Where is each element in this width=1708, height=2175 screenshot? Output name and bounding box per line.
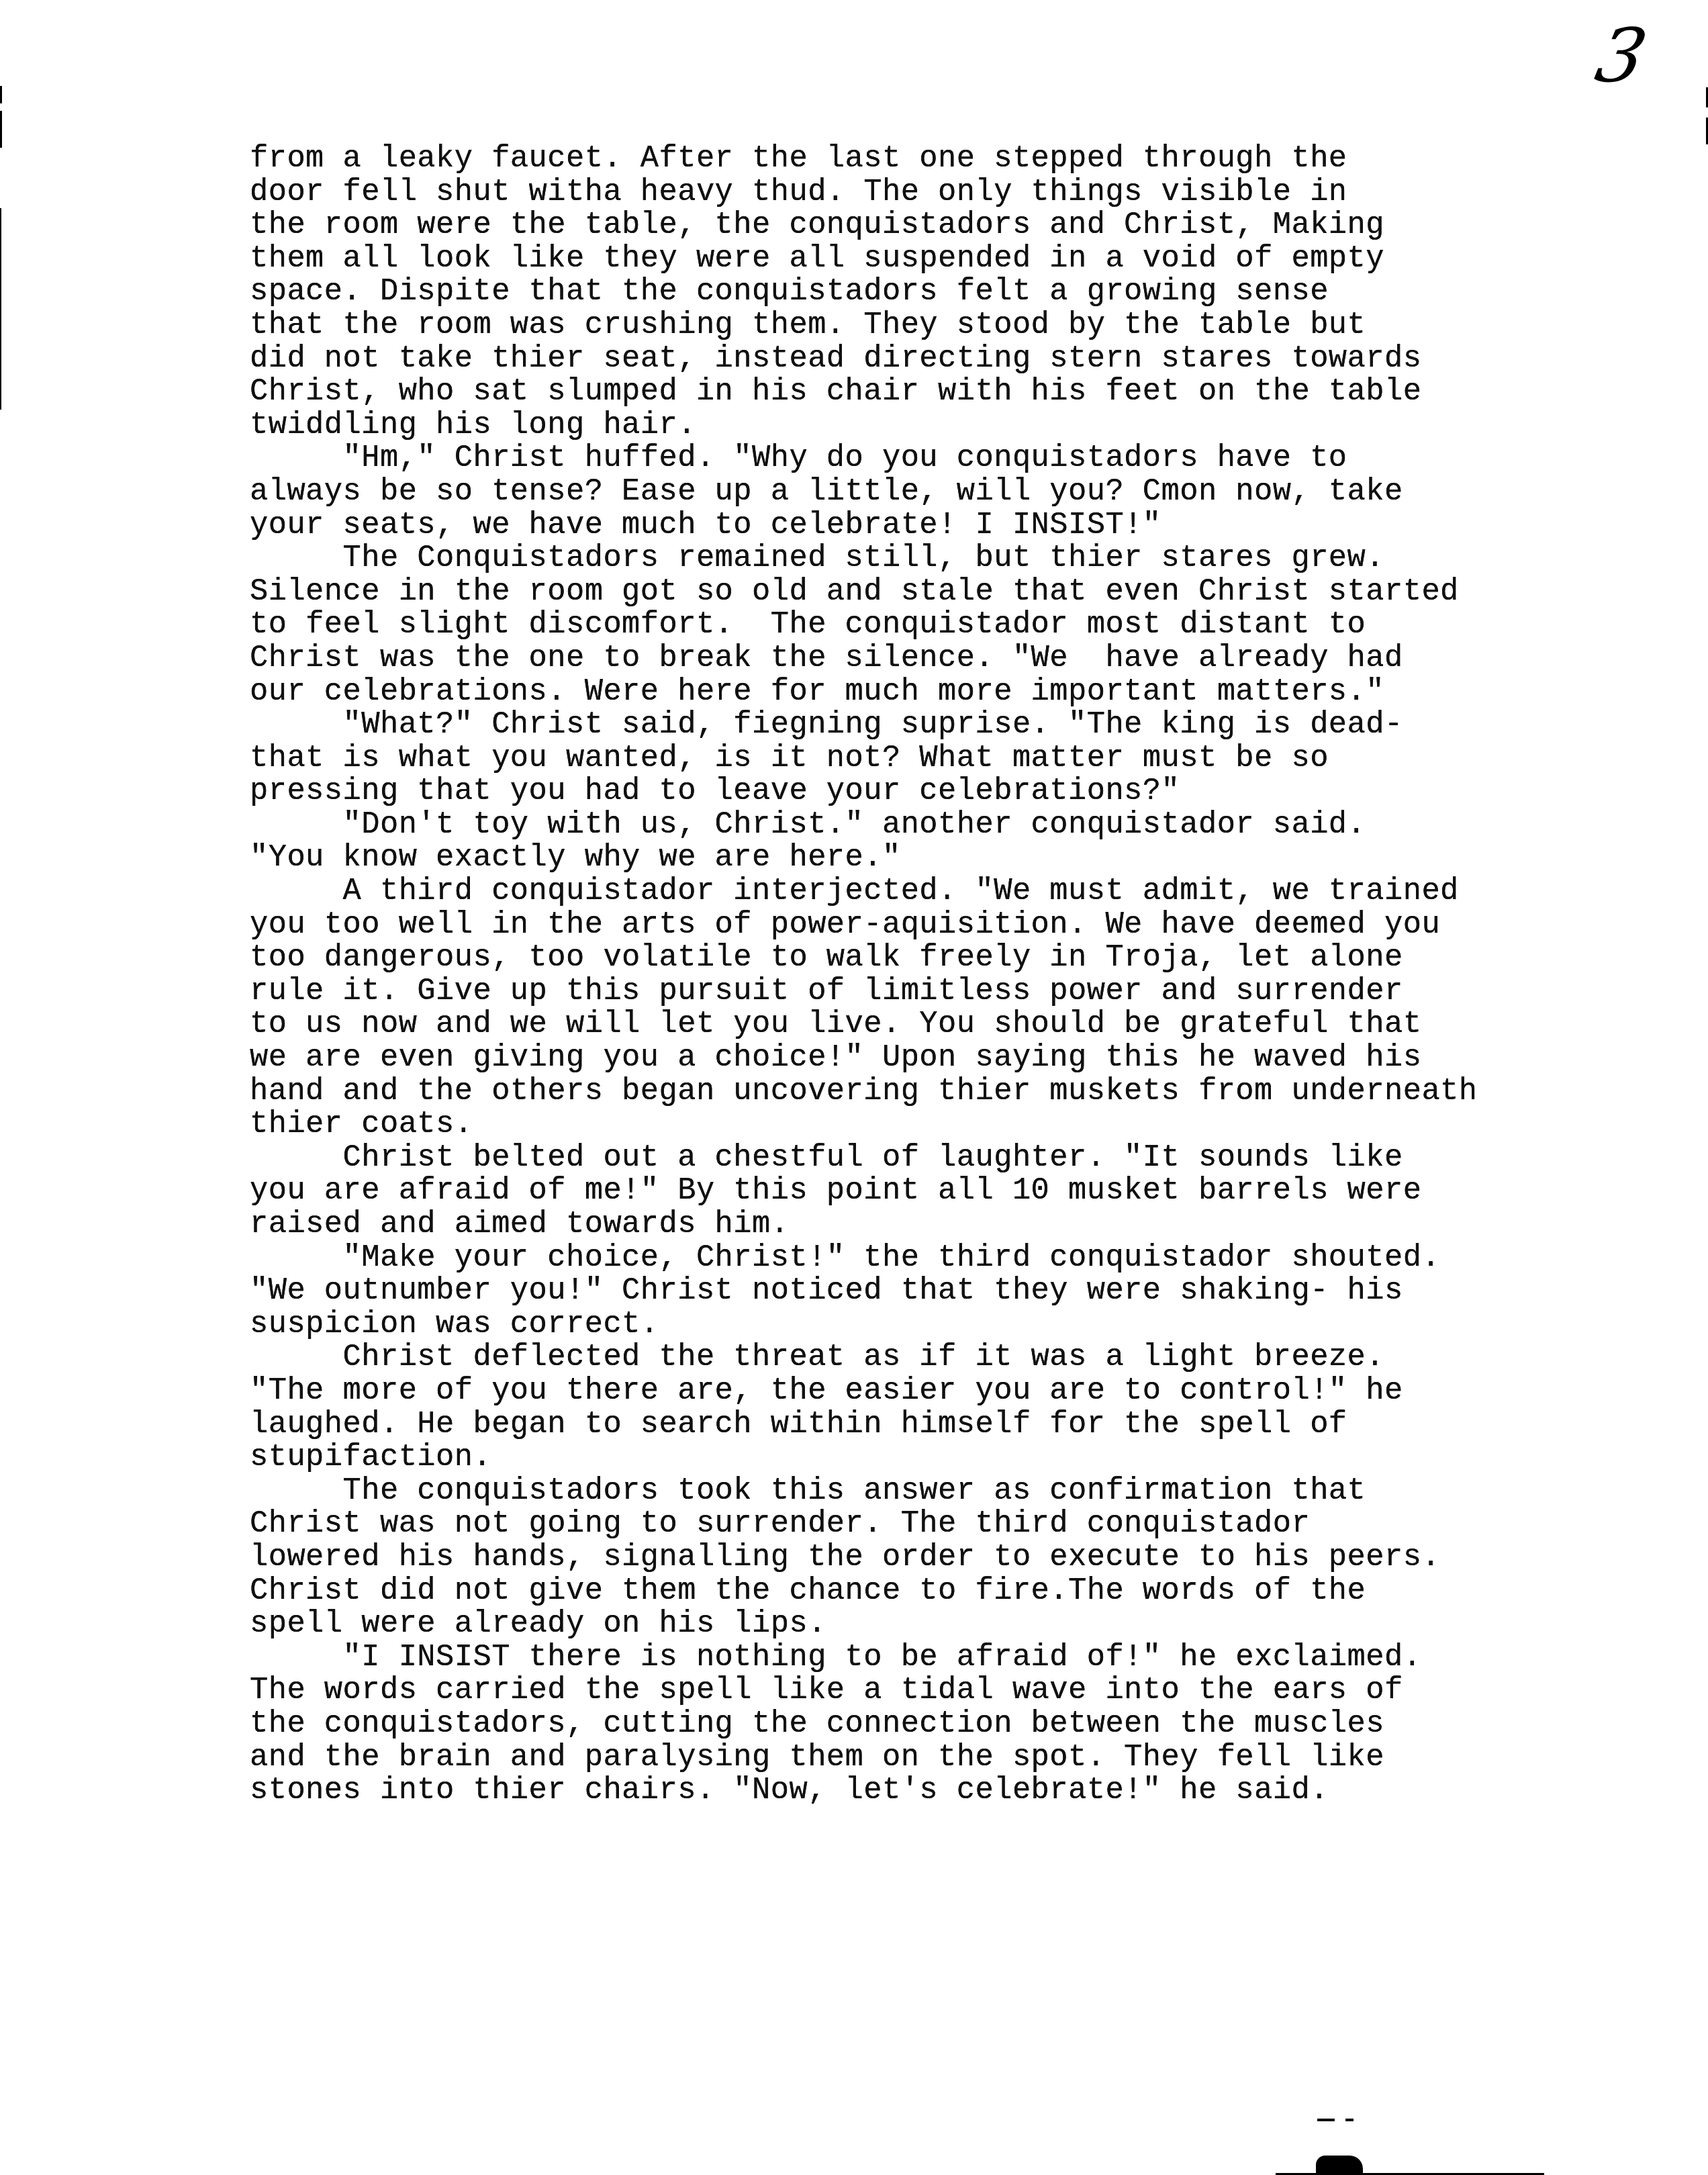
text-line: hand and the others began uncovering thi… <box>250 1075 1660 1109</box>
text-line: A third conquistador interjected. "We mu… <box>250 875 1660 909</box>
scan-artifact <box>1316 2156 1363 2175</box>
scan-artifact <box>1317 2119 1335 2121</box>
text-line: Silence in the room got so old and stale… <box>250 575 1660 609</box>
text-line: The conquistadors took this answer as co… <box>250 1475 1660 1508</box>
text-line: "You know exactly why we are here." <box>250 841 1660 875</box>
text-line: the room were the table, the conquistado… <box>250 209 1660 242</box>
text-line: your seats, we have much to celebrate! I… <box>250 509 1660 543</box>
text-line: stones into thier chairs. "Now, let's ce… <box>250 1774 1660 1808</box>
text-line: we are even giving you a choice!" Upon s… <box>250 1042 1660 1075</box>
text-line: pressing that you had to leave your cele… <box>250 775 1660 808</box>
text-line: thier coats. <box>250 1108 1660 1142</box>
text-line: Christ belted out a chestful of laughter… <box>250 1142 1660 1175</box>
text-line: that the room was crushing them. They st… <box>250 309 1660 342</box>
scan-edge-mark <box>0 208 1 410</box>
text-line: "We outnumber you!" Christ noticed that … <box>250 1275 1660 1308</box>
text-line: "Make your choice, Christ!" the third co… <box>250 1242 1660 1275</box>
text-line: "The more of you there are, the easier y… <box>250 1375 1660 1408</box>
scan-edge-mark <box>0 111 2 148</box>
handwritten-page-number: 3 <box>1590 19 1652 93</box>
text-line: "Don't toy with us, Christ." another con… <box>250 808 1660 842</box>
text-line: The Conquistadors remained still, but th… <box>250 542 1660 575</box>
text-line: Christ was not going to surrender. The t… <box>250 1508 1660 1541</box>
scan-artifact <box>1345 2119 1354 2121</box>
text-line: The words carried the spell like a tidal… <box>250 1674 1660 1708</box>
text-line: to us now and we will let you live. You … <box>250 1008 1660 1042</box>
text-line: you too well in the arts of power-aquisi… <box>250 909 1660 942</box>
text-line: and the brain and paralysing them on the… <box>250 1741 1660 1775</box>
text-line: Christ, who sat slumped in his chair wit… <box>250 375 1660 409</box>
text-line: "I INSIST there is nothing to be afraid … <box>250 1641 1660 1675</box>
text-line: Christ did not give them the chance to f… <box>250 1575 1660 1608</box>
text-line: "Hm," Christ huffed. "Why do you conquis… <box>250 442 1660 475</box>
text-line: to feel slight discomfort. The conquista… <box>250 608 1660 642</box>
text-line: too dangerous, too volatile to walk free… <box>250 941 1660 975</box>
text-line: space. Dispite that the conquistadors fe… <box>250 275 1660 309</box>
text-line: twiddling his long hair. <box>250 409 1660 443</box>
text-line: lowered his hands, signalling the order … <box>250 1541 1660 1575</box>
text-line: our celebrations. Were here for much mor… <box>250 676 1660 709</box>
text-line: the conquistadors, cutting the connectio… <box>250 1708 1660 1741</box>
scan-edge-mark <box>0 86 2 103</box>
text-line: "What?" Christ said, fiegning suprise. "… <box>250 708 1660 742</box>
text-line: stupifaction. <box>250 1441 1660 1475</box>
text-line: suspicion was correct. <box>250 1308 1660 1342</box>
scanned-page: 3 from a leaky faucet. After the last on… <box>0 0 1708 2175</box>
text-line: you are afraid of me!" By this point all… <box>250 1174 1660 1208</box>
text-line: Christ was the one to break the silence.… <box>250 642 1660 676</box>
text-line: raised and aimed towards him. <box>250 1208 1660 1242</box>
text-line: laughed. He began to search within himse… <box>250 1408 1660 1442</box>
text-line: door fell shut witha heavy thud. The onl… <box>250 176 1660 210</box>
text-line: Christ deflected the threat as if it was… <box>250 1341 1660 1375</box>
text-line: rule it. Give up this pursuit of limitle… <box>250 975 1660 1009</box>
text-line: did not take thier seat, instead directi… <box>250 342 1660 376</box>
text-line: them all look like they were all suspend… <box>250 242 1660 276</box>
text-line: always be so tense? Ease up a little, wi… <box>250 475 1660 509</box>
text-line: that is what you wanted, is it not? What… <box>250 742 1660 776</box>
typewritten-body: from a leaky faucet. After the last one … <box>250 142 1660 1808</box>
text-line: from a leaky faucet. After the last one … <box>250 142 1660 176</box>
text-line: spell were already on his lips. <box>250 1608 1660 1641</box>
